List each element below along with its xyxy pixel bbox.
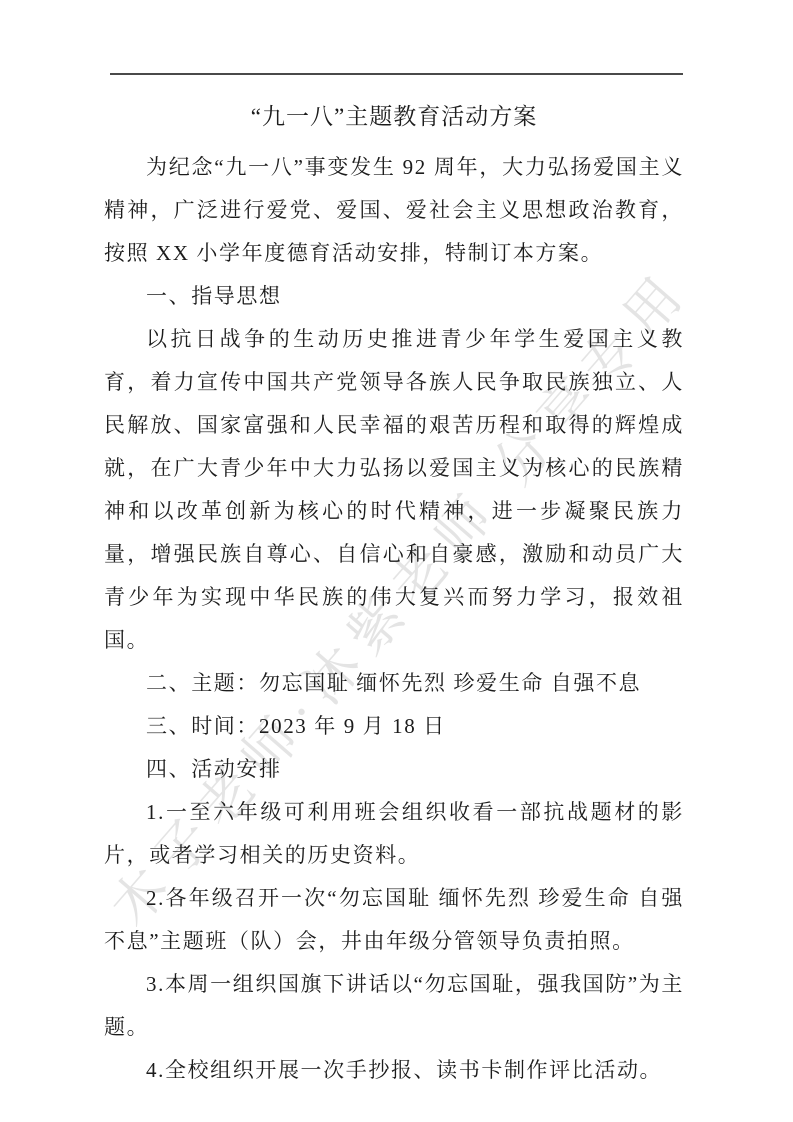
paragraph: 4.全校组织开展一次手抄报、读书卡制作评比活动。 bbox=[104, 1049, 684, 1092]
paragraph: 一、指导思想 bbox=[104, 275, 684, 318]
paragraph: 1.一至六年级可利用班会组织收看一部抗战题材的影片，或者学习相关的历史资料。 bbox=[104, 791, 684, 877]
paragraph: 以抗日战争的生动历史推进青少年学生爱国主义教育，着力宣传中国共产党领导各族人民争… bbox=[104, 318, 684, 662]
paragraph: 四、活动安排 bbox=[104, 748, 684, 791]
document-page: 木子老师·沐紫老师 分享专用 “九一八”主题教育活动方案 为纪念“九一八”事变发… bbox=[0, 0, 793, 1122]
document-body: 为纪念“九一八”事变发生 92 周年，大力弘扬爱国主义精神，广泛进行爱党、爱国、… bbox=[104, 146, 684, 1092]
paragraph: 2.各年级召开一次“勿忘国耻 缅怀先烈 珍爱生命 自强不息”主题班（队）会，井由… bbox=[104, 877, 684, 963]
paragraph: 3.本周一组织国旗下讲话以“勿忘国耻，强我国防”为主题。 bbox=[104, 963, 684, 1049]
paragraph: 二、主题：勿忘国耻 缅怀先烈 珍爱生命 自强不息 bbox=[104, 662, 684, 705]
paragraph: 三、时间：2023 年 9 月 18 日 bbox=[104, 705, 684, 748]
paragraph: 为纪念“九一八”事变发生 92 周年，大力弘扬爱国主义精神，广泛进行爱党、爱国、… bbox=[104, 146, 684, 275]
document-content: “九一八”主题教育活动方案 为纪念“九一八”事变发生 92 周年，大力弘扬爱国主… bbox=[104, 0, 684, 1092]
page-title: “九一八”主题教育活动方案 bbox=[104, 100, 684, 134]
